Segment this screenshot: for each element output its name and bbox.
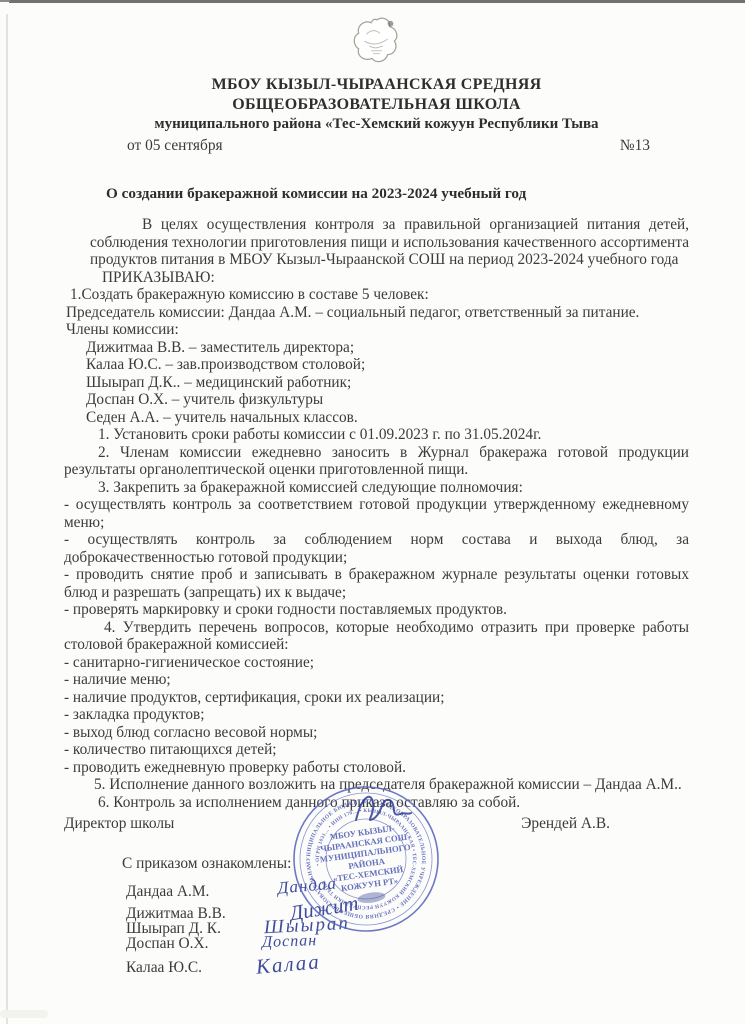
power-item: - проверять маркировку и сроки годности … — [64, 601, 689, 619]
member-item: Седен А.А. – учитель начальных классов. — [86, 409, 689, 427]
director-label: Директор школы — [64, 815, 174, 833]
document-header: МБОУ КЫЗЫЛ-ЧЫРААНСКАЯ СРЕДНЯЯ ОБЩЕОБРАЗО… — [64, 75, 689, 134]
power-item: - осуществлять контроль за соблюдением н… — [64, 531, 689, 566]
order-item-create: 1.Создать бракеражную комиссию в составе… — [70, 286, 689, 304]
director-name: Эрендей А.В. — [521, 815, 610, 833]
checklist-item: - количество питающихся детей; — [64, 741, 689, 759]
checklist-item: - выход блюд согласно весовой нормы; — [64, 724, 689, 742]
handwritten-signature: Калаа — [255, 949, 322, 980]
member-item: Калаа Ю.С. – зав.производством столовой; — [86, 356, 689, 374]
person-name: Доспан О.Х. — [126, 935, 248, 953]
scan-artifact-left-edge — [6, 14, 8, 1024]
intro-paragraph: В целях осуществления контроля за правил… — [90, 216, 689, 269]
director-handwritten-signature — [352, 788, 414, 834]
document-date: от 05 сентября — [127, 137, 223, 155]
checklist-item: - закладка продуктов; — [64, 706, 689, 724]
chairman-line: Председатель комиссии: Дандаа А.М. – соц… — [66, 304, 689, 322]
member-item: Шыырап Д.К.. – медицинский работник; — [86, 374, 689, 392]
member-item: Дижитмаа В.В. – заместитель директора; — [86, 339, 689, 357]
school-district-line: муниципального района «Тес-Хемский кожуу… — [64, 115, 689, 134]
members-label: Члены комиссии: — [66, 321, 689, 339]
order-item-4: 4. Утвердить перечень вопросов, которые … — [64, 619, 689, 654]
acknowledgement-row: Калаа Ю.С. Калаа — [126, 953, 689, 971]
flower-seal-icon — [348, 14, 406, 72]
power-item: - проводить снятие проб и записывать в б… — [64, 566, 689, 601]
power-item: - осуществлять контроль за соответствием… — [64, 496, 689, 531]
acknowledgement-row: Доспан О.Х. Доспан — [126, 935, 689, 953]
school-name-line2: ОБЩЕОБРАЗОВАТЕЛЬНАЯ ШКОЛА — [64, 95, 689, 115]
scan-artifact-corner — [0, 0, 10, 2]
checklist-item: - наличие меню; — [64, 671, 689, 689]
order-item-2: 2. Членам комиссии ежедневно заносить в … — [64, 444, 689, 479]
order-word: ПРИКАЗЫВАЮ: — [102, 269, 689, 287]
scan-artifact-bottom — [0, 1010, 48, 1018]
checklist-item: - проводить ежедневную проверку работы с… — [64, 759, 689, 777]
document-number: №13 — [620, 137, 650, 155]
date-number-row: от 05 сентября №13 — [64, 137, 689, 155]
document-page: МБОУ КЫЗЫЛ-ЧЫРААНСКАЯ СРЕДНЯЯ ОБЩЕОБРАЗО… — [0, 0, 745, 1024]
person-name: Дандаа А.М. — [126, 883, 248, 901]
checklist-item: - санитарно-гигиеническое состояние; — [64, 654, 689, 672]
checklist-item: - наличие продуктов, сертификация, сроки… — [64, 689, 689, 707]
order-title: О создании бракеражной комиссии на 2023-… — [106, 185, 689, 203]
order-item-1: 1. Установить сроки работы комиссии с 01… — [64, 426, 689, 444]
person-name: Калаа Ю.С. — [126, 959, 248, 977]
order-item-3: 3. Закрепить за бракеражной комиссией сл… — [64, 479, 689, 497]
school-name-line1: МБОУ КЫЗЫЛ-ЧЫРААНСКАЯ СРЕДНЯЯ — [64, 75, 689, 95]
member-item: Доспан О.Х. – учитель физкультуры — [86, 391, 689, 409]
